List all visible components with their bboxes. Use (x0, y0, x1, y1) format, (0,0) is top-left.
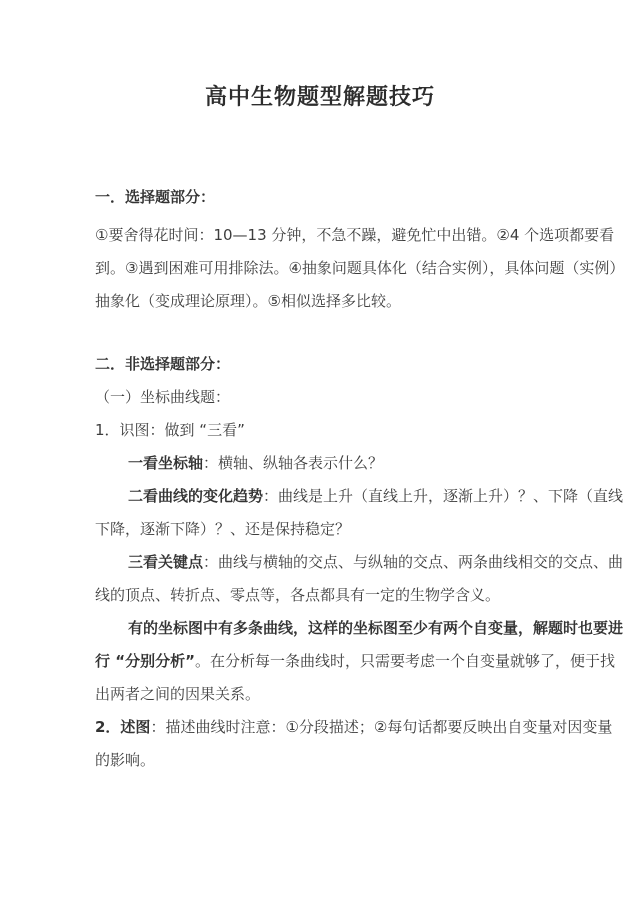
section2-line: 的影响。 (95, 744, 545, 777)
line-bold-text: 三看关键点 (128, 553, 203, 571)
section1-line: 抽象化（变成理论原理）。⑤相似选择多比较。 (95, 285, 545, 318)
section2-heading: 二．非选择题部分： (95, 348, 545, 381)
line-bold-text: 行 “分别分析” (95, 652, 195, 670)
line-text: ：描述曲线时注意：①分段描述；②每句话都要反映出自变量对因变量 (150, 718, 612, 736)
line-text: ：曲线与横轴的交点、与纵轴的交点、两条曲线相交的交点、曲 (203, 553, 623, 571)
section2-line: 出两者之间的因果关系。 (95, 678, 545, 711)
line-bold-text: 二看曲线的变化趋势 (128, 487, 263, 505)
line-text: ：横轴、纵轴各表示什么？ (203, 454, 383, 472)
line-text: 的影响。 (95, 751, 155, 769)
section2-line: 有的坐标图中有多条曲线，这样的坐标图至少有两个自变量，解题时也要进 (95, 612, 545, 645)
section1-line: ①要舍得花时间：10—13 分钟，不急不躁，避免忙中出错。②4 个选项都要看 (95, 219, 545, 252)
document-title: 高中生物题型解题技巧 (95, 83, 545, 113)
section2-line: 三看关键点：曲线与横轴的交点、与纵轴的交点、两条曲线相交的交点、曲 (95, 546, 545, 579)
section2-subheading: （一）坐标曲线题： (95, 381, 545, 414)
section2-item: 1．识图：做到 “三看” (95, 414, 545, 447)
line-bold-text: 有的坐标图中有多条曲线，这样的坐标图至少有两个自变量，解题时也要进 (128, 619, 623, 637)
line-text: ：曲线是上升（直线上升，逐渐上升）？、下降（直线 (263, 487, 623, 505)
line-bold-text: 2．述图 (95, 718, 150, 736)
section2-item: 2．述图：描述曲线时注意：①分段描述；②每句话都要反映出自变量对因变量 (95, 711, 545, 744)
line-text: 线的顶点、转折点、零点等，各点都具有一定的生物学含义。 (95, 586, 500, 604)
line-text: 。在分析每一条曲线时，只需要考虑一个自变量就够了，便于找 (195, 652, 615, 670)
section2-line: 线的顶点、转折点、零点等，各点都具有一定的生物学含义。 (95, 579, 545, 612)
section2-line: 二看曲线的变化趋势：曲线是上升（直线上升，逐渐上升）？、下降（直线 (95, 480, 545, 513)
line-text: 出两者之间的因果关系。 (95, 685, 260, 703)
line-text: 下降，逐渐下降）？、还是保持稳定？ (95, 520, 350, 538)
document-page: 高中生物题型解题技巧 一．选择题部分： ①要舍得花时间：10—13 分钟，不急不… (0, 0, 640, 905)
section1-line: 到。③遇到困难可用排除法。④抽象问题具体化（结合实例），具体问题（实例） (95, 252, 545, 285)
line-text: （一）坐标曲线题： (95, 388, 230, 406)
line-bold-text: 一看坐标轴 (128, 454, 203, 472)
section2-line: 行 “分别分析”。在分析每一条曲线时，只需要考虑一个自变量就够了，便于找 (95, 645, 545, 678)
section1-heading: 一．选择题部分： (95, 181, 545, 214)
section2-line: 一看坐标轴：横轴、纵轴各表示什么？ (95, 447, 545, 480)
line-text: 1．识图：做到 “三看” (95, 421, 245, 439)
section2-line: 下降，逐渐下降）？、还是保持稳定？ (95, 513, 545, 546)
